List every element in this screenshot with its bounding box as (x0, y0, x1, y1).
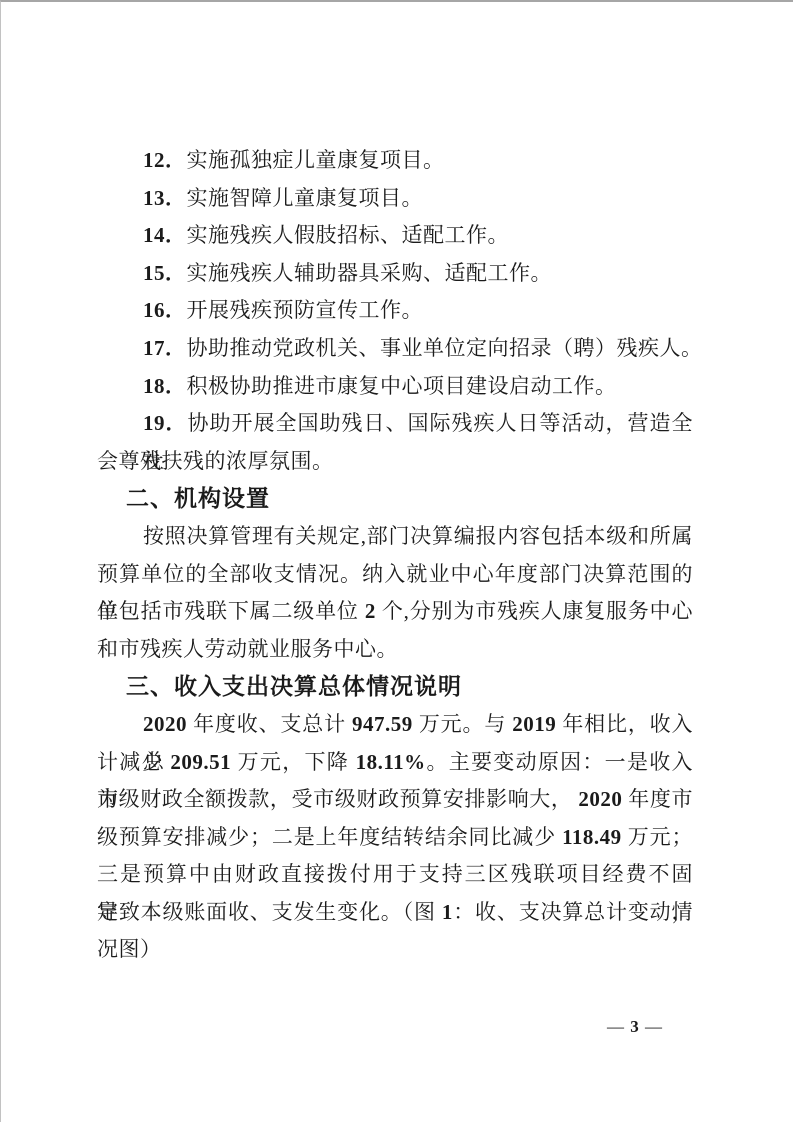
body-text: 会尊残扶残的浓厚氛围。 (97, 449, 334, 473)
section-heading: 三、收入支出决算总体情况说明 (97, 668, 693, 706)
text-line: 位包括市残联下属二级单位 2 个,分别为市残疾人康复服务中心 (97, 593, 693, 631)
text-line: 15．实施残疾人辅助器具采购、适配工作。 (97, 255, 693, 293)
bold-number-text: 118.49 (562, 825, 622, 849)
bold-number-text: 2020 (143, 712, 187, 736)
body-text: 计减少 (97, 750, 170, 774)
page-number: — 3 — (607, 1012, 663, 1042)
text-line: 14．实施残疾人假肢招标、适配工作。 (97, 217, 693, 255)
body-text: — (607, 1017, 630, 1036)
bold-number-text: 17． (143, 336, 187, 360)
text-line: 19．协助开展全国助残日、国际残疾人日等活动，营造全社 (97, 405, 693, 443)
body-text: 实施孤独症儿童康复项目。 (187, 148, 445, 172)
text-line: 导致本级账面收、支发生变化。（图 1：收、支决算总计变动情 (97, 894, 693, 932)
bold-number-text: 1 (442, 900, 453, 924)
text-line: 12．实施孤独症儿童康复项目。 (97, 142, 693, 180)
body-text: 实施残疾人辅助器具采购、适配工作。 (187, 261, 553, 285)
body-text: 年度收、支总计 (187, 712, 352, 736)
body-text: 年度市 (622, 787, 693, 811)
text-line: 况图） (97, 931, 693, 969)
bold-number-text: 947.59 (352, 712, 413, 736)
text-line: 17．协助推动党政机关、事业单位定向招录（聘）残疾人。 (97, 330, 693, 368)
body-text: — (640, 1017, 663, 1036)
bold-number-text: 2020 (578, 787, 622, 811)
bold-number-text: 18． (143, 374, 187, 398)
body-text: 和市残疾人劳动就业服务中心。 (97, 637, 398, 661)
body-text: 级预算安排减少；二是上年度结转结余同比减少 (97, 825, 562, 849)
text-line: 会尊残扶残的浓厚氛围。 (97, 443, 693, 481)
text-line: 16．开展残疾预防宣传工作。 (97, 292, 693, 330)
body-text: 市级财政全额拨款，受市级财政预算安排影响大， (97, 787, 578, 811)
body-text: 万元； (622, 825, 693, 849)
text-line: 和市残疾人劳动就业服务中心。 (97, 631, 693, 669)
body-text: 实施智障儿童康复项目。 (187, 186, 424, 210)
body-text: 位包括市残联下属二级单位 (97, 599, 365, 623)
bold-number-text: 13． (143, 186, 187, 210)
bold-number-text: 2019 (512, 712, 556, 736)
document-page: 12．实施孤独症儿童康复项目。13．实施智障儿童康复项目。14．实施残疾人假肢招… (0, 0, 793, 1122)
body-text: 积极协助推进市康复中心项目建设启动工作。 (187, 374, 617, 398)
bold-number-text: 18.11% (356, 750, 426, 774)
document-body: 12．实施孤独症儿童康复项目。13．实施智障儿童康复项目。14．实施残疾人假肢招… (97, 142, 693, 969)
bold-number-text: 12． (143, 148, 187, 172)
bold-number-text: 16． (143, 298, 187, 322)
body-text: 况图） (97, 937, 162, 961)
text-line: 13．实施智障儿童康复项目。 (97, 180, 693, 218)
bold-number-text: 209.51 (170, 750, 231, 774)
body-text: 按照决算管理有关规定,部门决算编报内容包括本级和所属 (143, 524, 693, 548)
bold-number-text: 14． (143, 223, 187, 247)
bold-number-text: 19． (143, 411, 188, 435)
text-line: 2020 年度收、支总计 947.59 万元。与 2019 年相比，收入总 (97, 706, 693, 744)
body-text: 导致本级账面收、支发生变化。（图 (97, 900, 442, 924)
section-heading: 二、机构设置 (97, 480, 693, 518)
text-line: 预算单位的全部收支情况。纳入就业中心年度部门决算范围的单 (97, 556, 693, 594)
body-text: 万元。与 (413, 712, 513, 736)
bold-number-text: 15． (143, 261, 187, 285)
text-line: 按照决算管理有关规定,部门决算编报内容包括本级和所属 (97, 518, 693, 556)
body-text: 万元，下降 (231, 750, 355, 774)
body-text: 二、机构设置 (126, 485, 270, 511)
text-line: 三是预算中由财政直接拨付用于支持三区残联项目经费不固定， (97, 856, 693, 894)
bold-number-text: 2 (365, 599, 376, 623)
body-text: 个,分别为市残疾人康复服务中心 (376, 599, 693, 623)
body-text: 开展残疾预防宣传工作。 (187, 298, 424, 322)
text-line: 市级财政全额拨款，受市级财政预算安排影响大， 2020 年度市 (97, 781, 693, 819)
body-text: 三、收入支出决算总体情况说明 (126, 673, 462, 699)
body-text: ：收、支决算总计变动情 (453, 900, 693, 924)
bold-number-text: 3 (630, 1017, 640, 1036)
body-text: 实施残疾人假肢招标、适配工作。 (187, 223, 510, 247)
text-line: 级预算安排减少；二是上年度结转结余同比减少 118.49 万元； (97, 819, 693, 857)
body-text: 协助推动党政机关、事业单位定向招录（聘）残疾人。 (187, 336, 703, 360)
text-line: 18．积极协助推进市康复中心项目建设启动工作。 (97, 368, 693, 406)
text-line: 计减少 209.51 万元，下降 18.11%。主要变动原因：一是收入为 (97, 744, 693, 782)
